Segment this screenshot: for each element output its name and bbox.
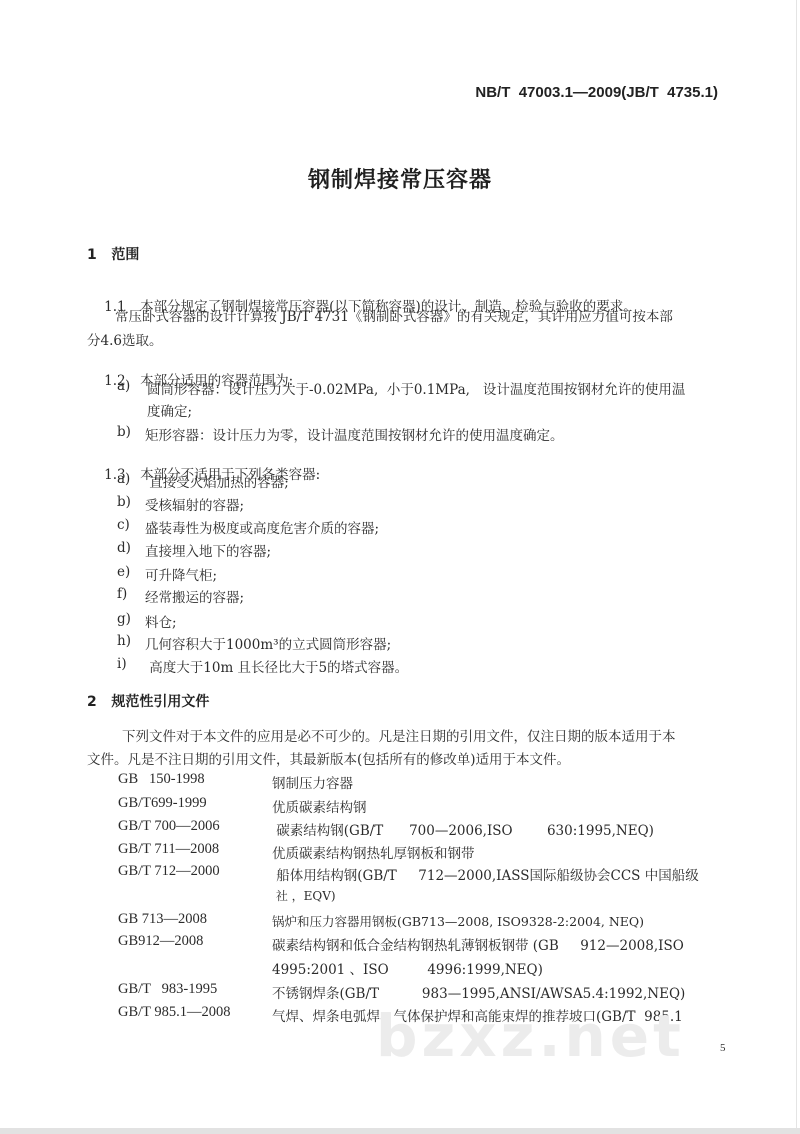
item-label: i) [117, 656, 127, 672]
reference-code: GB/T699-1999 [118, 795, 207, 812]
reference-code: GB 713—2008 [118, 911, 207, 928]
item-text: 盛装毒性为极度或高度危害介质的容器; [145, 517, 379, 537]
reference-code: GB/T 711—2008 [118, 841, 219, 858]
section-2-intro-line2: 文件。凡是不注日期的引用文件，其最新版本(包括所有的修改单)适用于本文件。 [87, 748, 570, 768]
item-text: 经常搬运的容器; [145, 586, 244, 606]
item-label: c) [117, 517, 130, 533]
reference-code: GB912—2008 [118, 933, 203, 950]
item-text: 直接埋入地下的容器; [145, 540, 271, 560]
reference-code: GB/T 985.1—2008 [118, 1004, 231, 1021]
clause-1-1-para2-line2: 分4.6选取。 [87, 329, 162, 349]
document-page: NB/T 47003.1—2009(JB/T 4735.1) 钢制焊接常压容器 … [0, 0, 797, 1128]
item-text: 几何容积大于1000m³的立式圆筒形容器; [145, 633, 391, 653]
item-label: h) [117, 633, 131, 649]
item-text-continued: 度确定; [147, 400, 192, 420]
item-text: 高度大于10m 且长径比大于5的塔式容器。 [145, 656, 408, 676]
page-number: 5 [720, 1042, 726, 1054]
reference-title: 优质碳素结构钢热轧厚钢板和钢带 [272, 842, 475, 862]
document-title: 钢制焊接常压容器 [0, 163, 800, 194]
item-label: a) [117, 471, 130, 487]
reference-title-continued: 4995:2001 、ISO 4996:1999,NEQ) [272, 958, 543, 978]
reference-code: GB/T 712—2000 [118, 863, 220, 880]
item-label: d) [117, 540, 131, 556]
page-bottom-edge [0, 1128, 800, 1134]
item-text: 受核辐射的容器; [145, 494, 244, 514]
item-label: g) [117, 611, 131, 627]
item-label: a) [117, 378, 130, 394]
reference-title: 锅炉和压力容器用钢板(GB713—2008, ISO9328-2:2004, N… [272, 912, 644, 930]
item-label: b) [117, 494, 131, 510]
item-text: 可升降气柜; [145, 564, 217, 584]
item-text: 圆筒形容器：设计压力大于-0.02MPa, 小于0.1MPa, 设计温度范围按钢… [147, 378, 685, 398]
reference-title: 钢制压力容器 [272, 772, 353, 792]
reference-code: GB 150-1998 [118, 771, 205, 788]
reference-title: 不锈钢焊条(GB/T 983—1995,ANSI/AWSA5.4:1992,NE… [272, 982, 685, 1002]
item-label: f) [117, 586, 127, 602]
reference-title: 船体用结构钢(GB/T 712—2000,IASS国际船级协会CCS 中国船级 [272, 864, 699, 884]
section-1-heading: 1 范围 [87, 244, 139, 264]
item-label: e) [117, 564, 130, 580]
reference-code: GB/T 700—2006 [118, 818, 220, 835]
item-text: 矩形容器：设计压力为零，设计温度范围按钢材允许的使用温度确定。 [145, 424, 564, 444]
section-2-intro-line1: 下列文件对于本文件的应用是必不可少的。凡是注日期的引用文件，仅注日期的版本适用于… [122, 725, 676, 745]
reference-title-continued: 社 ，EQV) [272, 887, 336, 904]
clause-1-1-para2-line1: 常压卧式容器的设计计算按 JB/T 4731《钢制卧式容器》的有关规定，其许用应… [115, 305, 673, 325]
item-text: 直接受火焰加热的容器; [145, 471, 289, 491]
item-text: 料仓; [145, 611, 177, 631]
section-2-heading: 2 规范性引用文件 [87, 691, 209, 711]
reference-title: 优质碳素结构钢 [272, 796, 367, 816]
item-label: b) [117, 424, 131, 440]
reference-title: 碳素结构钢和低合金结构钢热轧薄钢板钢带 (GB 912—2008,ISO [272, 934, 684, 954]
reference-title: 气焊、焊条电弧焊、气体保护焊和高能束焊的推荐坡口(GB/T 985.1 [272, 1005, 683, 1025]
standard-code: NB/T 47003.1—2009(JB/T 4735.1) [475, 84, 718, 101]
reference-code: GB/T 983-1995 [118, 981, 217, 998]
reference-title: 碳素结构钢(GB/T 700—2006,ISO 630:1995,NEQ) [272, 819, 654, 839]
